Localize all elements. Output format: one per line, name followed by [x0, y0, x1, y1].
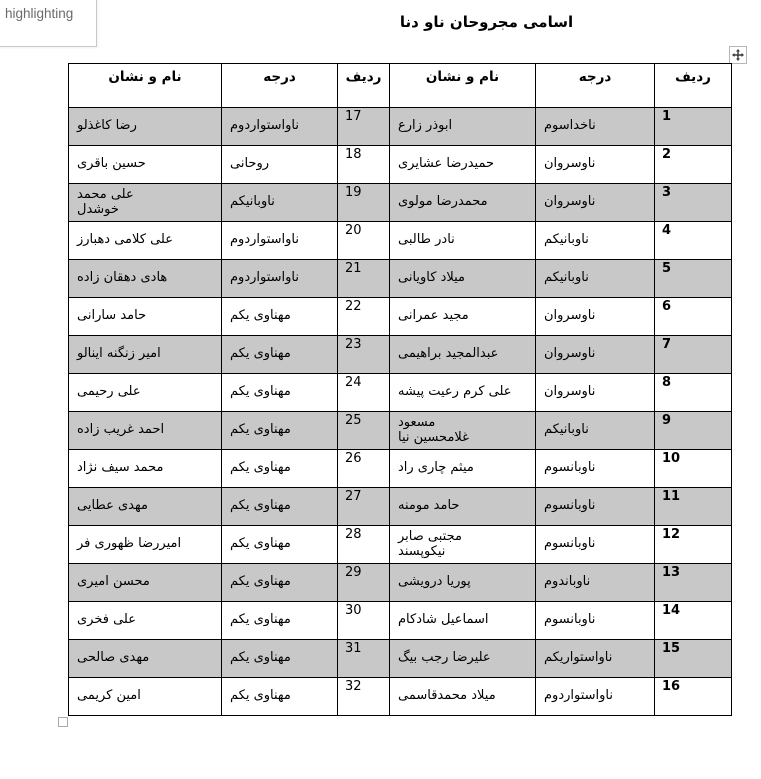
rank-cell-right[interactable]: ناوبانسوم — [536, 602, 655, 640]
row-number-cell-right[interactable]: 10 — [655, 450, 732, 488]
row-number-cell-left[interactable]: 29 — [338, 564, 390, 602]
rank-cell-right[interactable]: ناوباندوم — [536, 564, 655, 602]
name-cell-right[interactable]: مسعود غلامحسین نیا — [390, 412, 536, 450]
rank-cell-right[interactable]: ناواستواریکم — [536, 640, 655, 678]
table-move-handle[interactable] — [729, 46, 747, 64]
name-cell-left[interactable]: هادی دهقان زاده — [69, 260, 222, 298]
row-number-cell-right[interactable]: 6 — [655, 298, 732, 336]
row-number-cell-left[interactable]: 31 — [338, 640, 390, 678]
rank-cell-right[interactable]: ناوسروان — [536, 298, 655, 336]
page-title: اسامی مجروحان ناو دنا — [0, 13, 761, 31]
rank-cell-left[interactable]: ناواستواردوم — [222, 260, 338, 298]
name-cell-left[interactable]: علی فخری — [69, 602, 222, 640]
name-cell-right[interactable]: مجید عمرانی — [390, 298, 536, 336]
rank-cell-left[interactable]: مهناوی یکم — [222, 526, 338, 564]
name-cell-left[interactable]: مهدی صالحی — [69, 640, 222, 678]
name-cell-right[interactable]: میلاد کاویانی — [390, 260, 536, 298]
name-cell-left[interactable]: مهدی عطایی — [69, 488, 222, 526]
row-number-cell-right[interactable]: 11 — [655, 488, 732, 526]
casualties-table: نام و نشان درجه ردیف نام و نشان درجه ردی… — [68, 63, 732, 716]
rank-cell-right[interactable]: ناوسروان — [536, 146, 655, 184]
rank-cell-left[interactable]: مهناوی یکم — [222, 678, 338, 716]
table-resize-handle[interactable] — [58, 717, 68, 727]
row-number-cell-left[interactable]: 26 — [338, 450, 390, 488]
name-cell-left[interactable]: حامد سارانی — [69, 298, 222, 336]
row-number-cell-right[interactable]: 7 — [655, 336, 732, 374]
name-cell-right[interactable]: ابوذر زارع — [390, 108, 536, 146]
table-row: علی محمد خوشدل ناوبانیکم 19 محمدرضا مولو… — [69, 184, 732, 222]
rank-cell-right[interactable]: ناوبانسوم — [536, 526, 655, 564]
row-number-cell-left[interactable]: 22 — [338, 298, 390, 336]
table-row: مهدی عطایی مهناوی یکم 27 حامد مومنه ناوب… — [69, 488, 732, 526]
four-arrow-move-icon — [732, 49, 744, 61]
rank-cell-left[interactable]: مهناوی یکم — [222, 602, 338, 640]
row-number-cell-right[interactable]: 14 — [655, 602, 732, 640]
table-row: امیررضا ظهوری فر مهناوی یکم 28 مجتبی صاب… — [69, 526, 732, 564]
name-cell-right[interactable]: مجتبی صابر نیکوپسند — [390, 526, 536, 564]
table-row: محمد سیف نژاد مهناوی یکم 26 میثم چاری را… — [69, 450, 732, 488]
name-cell-right[interactable]: حامد مومنه — [390, 488, 536, 526]
name-cell-right[interactable]: میثم چاری راد — [390, 450, 536, 488]
rank-cell-left[interactable]: مهناوی یکم — [222, 488, 338, 526]
row-number-cell-right[interactable]: 13 — [655, 564, 732, 602]
row-number-cell-right[interactable]: 12 — [655, 526, 732, 564]
rank-cell-right[interactable]: ناواستواردوم — [536, 678, 655, 716]
table-row: امیر زنگنه اینالو مهناوی یکم 23 عبدالمجی… — [69, 336, 732, 374]
table-row: مهدی صالحی مهناوی یکم 31 علیرضا رجب بیگ … — [69, 640, 732, 678]
table-row: احمد غریب زاده مهناوی یکم 25 مسعود غلامح… — [69, 412, 732, 450]
row-number-cell-right[interactable]: 16 — [655, 678, 732, 716]
row-number-cell-left[interactable]: 18 — [338, 146, 390, 184]
row-number-cell-right[interactable]: 4 — [655, 222, 732, 260]
rank-cell-right[interactable]: ناوبانسوم — [536, 488, 655, 526]
rank-cell-left[interactable]: مهناوی یکم — [222, 450, 338, 488]
name-cell-right[interactable]: حمیدرضا عشایری — [390, 146, 536, 184]
row-number-cell-right[interactable]: 2 — [655, 146, 732, 184]
table-row: علی کلامی دهبارز ناواستواردوم 20 نادر طا… — [69, 222, 732, 260]
rank-cell-left[interactable]: مهناوی یکم — [222, 336, 338, 374]
table-row: رضا کاغذلو ناواستواردوم 17 ابوذر زارع نا… — [69, 108, 732, 146]
rank-cell-right[interactable]: ناوبانسوم — [536, 450, 655, 488]
rank-cell-left[interactable]: مهناوی یکم — [222, 412, 338, 450]
row-number-cell-right[interactable]: 15 — [655, 640, 732, 678]
row-number-cell-left[interactable]: 20 — [338, 222, 390, 260]
header-row-left[interactable]: ردیف — [338, 64, 390, 108]
row-number-cell-left[interactable]: 30 — [338, 602, 390, 640]
row-number-cell-left[interactable]: 28 — [338, 526, 390, 564]
name-cell-left[interactable]: حسین باقری — [69, 146, 222, 184]
row-number-cell-left[interactable]: 24 — [338, 374, 390, 412]
rank-cell-left[interactable]: مهناوی یکم — [222, 298, 338, 336]
rank-cell-right[interactable]: ناوبانیکم — [536, 222, 655, 260]
rank-cell-right[interactable]: ناوبانیکم — [536, 260, 655, 298]
name-cell-left[interactable]: علی محمد خوشدل — [69, 184, 222, 222]
document-page: highlighting اسامی مجروحان ناو دنا نام و… — [0, 0, 761, 779]
row-number-cell-right[interactable]: 8 — [655, 374, 732, 412]
rank-cell-left[interactable]: ناواستواردوم — [222, 108, 338, 146]
name-cell-left[interactable]: امیررضا ظهوری فر — [69, 526, 222, 564]
name-cell-right[interactable]: علی کرم رعیت پیشه — [390, 374, 536, 412]
name-cell-right[interactable]: عبدالمجید براهیمی — [390, 336, 536, 374]
table-row: محسن امیری مهناوی یکم 29 پوریا درویشی نا… — [69, 564, 732, 602]
row-number-cell-left[interactable]: 27 — [338, 488, 390, 526]
header-row: نام و نشان درجه ردیف نام و نشان درجه ردی… — [69, 64, 732, 108]
name-cell-right[interactable]: علیرضا رجب بیگ — [390, 640, 536, 678]
table-row: هادی دهقان زاده ناواستواردوم 21 میلاد کا… — [69, 260, 732, 298]
header-name-left[interactable]: نام و نشان — [69, 64, 222, 108]
row-number-cell-right[interactable]: 9 — [655, 412, 732, 450]
table-row: علی فخری مهناوی یکم 30 اسماعیل شادکام نا… — [69, 602, 732, 640]
name-cell-right[interactable]: محمدرضا مولوی — [390, 184, 536, 222]
header-rank-left[interactable]: درجه — [222, 64, 338, 108]
header-name-right[interactable]: نام و نشان — [390, 64, 536, 108]
row-number-cell-left[interactable]: 32 — [338, 678, 390, 716]
row-number-cell-right[interactable]: 1 — [655, 108, 732, 146]
name-cell-left[interactable]: علی کلامی دهبارز — [69, 222, 222, 260]
name-cell-left[interactable]: محسن امیری — [69, 564, 222, 602]
name-cell-left[interactable]: علی رحیمی — [69, 374, 222, 412]
row-number-cell-right[interactable]: 3 — [655, 184, 732, 222]
name-cell-left[interactable]: امین کریمی — [69, 678, 222, 716]
rank-cell-right[interactable]: ناوبانیکم — [536, 412, 655, 450]
name-cell-left[interactable]: محمد سیف نژاد — [69, 450, 222, 488]
header-rank-right[interactable]: درجه — [536, 64, 655, 108]
rank-cell-right[interactable]: ناوسروان — [536, 336, 655, 374]
name-cell-right[interactable]: میلاد محمدقاسمی — [390, 678, 536, 716]
row-number-cell-left[interactable]: 25 — [338, 412, 390, 450]
name-cell-right[interactable]: نادر طالبی — [390, 222, 536, 260]
rank-cell-left[interactable]: روحانی — [222, 146, 338, 184]
row-number-cell-right[interactable]: 5 — [655, 260, 732, 298]
row-number-cell-left[interactable]: 17 — [338, 108, 390, 146]
name-cell-right[interactable]: اسماعیل شادکام — [390, 602, 536, 640]
name-cell-left[interactable]: امیر زنگنه اینالو — [69, 336, 222, 374]
name-cell-left[interactable]: احمد غریب زاده — [69, 412, 222, 450]
table-row: امین کریمی مهناوی یکم 32 میلاد محمدقاسمی… — [69, 678, 732, 716]
rank-cell-right[interactable]: ناوسروان — [536, 184, 655, 222]
row-number-cell-left[interactable]: 19 — [338, 184, 390, 222]
rank-cell-left[interactable]: مهناوی یکم — [222, 640, 338, 678]
row-number-cell-left[interactable]: 23 — [338, 336, 390, 374]
row-number-cell-left[interactable]: 21 — [338, 260, 390, 298]
rank-cell-right[interactable]: ناوسروان — [536, 374, 655, 412]
table-row: علی رحیمی مهناوی یکم 24 علی کرم رعیت پیش… — [69, 374, 732, 412]
rank-cell-left[interactable]: مهناوی یکم — [222, 564, 338, 602]
header-row-right[interactable]: ردیف — [655, 64, 732, 108]
rank-cell-left[interactable]: ناواستواردوم — [222, 222, 338, 260]
rank-cell-right[interactable]: ناخداسوم — [536, 108, 655, 146]
table-row: حسین باقری روحانی 18 حمیدرضا عشایری ناوس… — [69, 146, 732, 184]
name-cell-right[interactable]: پوریا درویشی — [390, 564, 536, 602]
table-row: حامد سارانی مهناوی یکم 22 مجید عمرانی نا… — [69, 298, 732, 336]
rank-cell-left[interactable]: مهناوی یکم — [222, 374, 338, 412]
name-cell-left[interactable]: رضا کاغذلو — [69, 108, 222, 146]
rank-cell-left[interactable]: ناوبانیکم — [222, 184, 338, 222]
